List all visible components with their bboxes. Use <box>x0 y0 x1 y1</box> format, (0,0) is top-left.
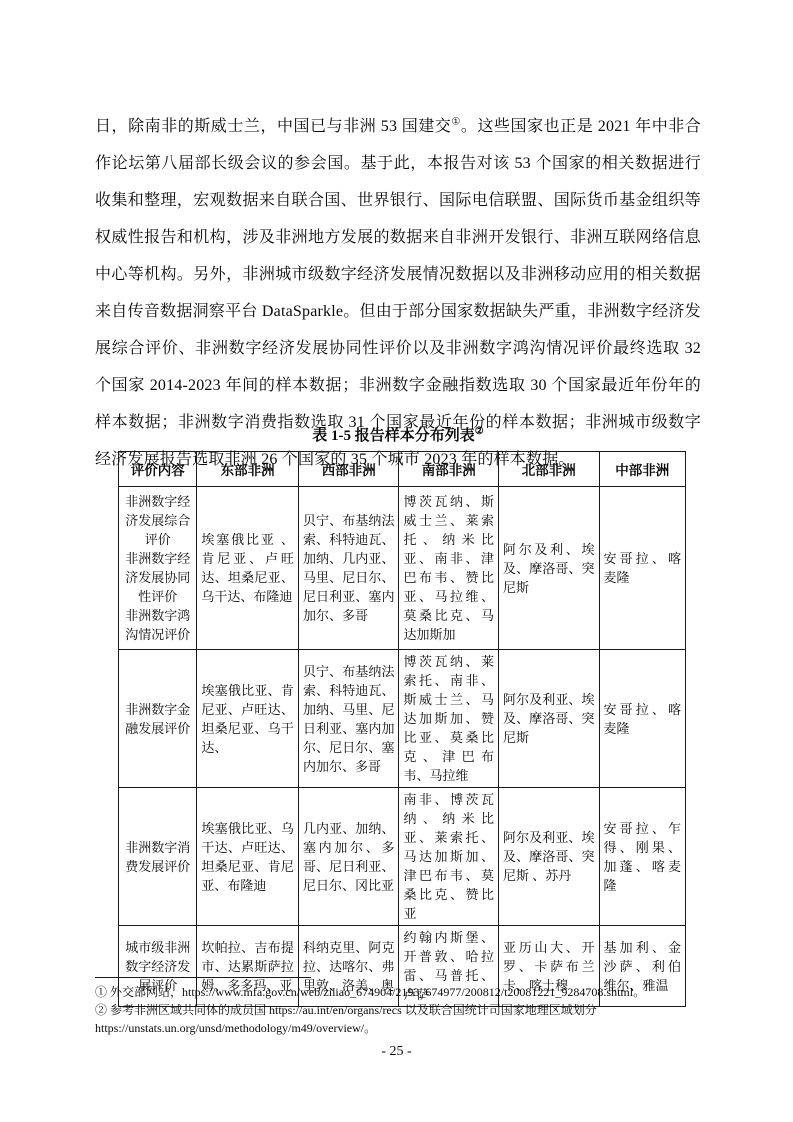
body-paragraph: 日，除南非的斯威士兰，中国已与非洲 53 国建交①。这些国家也正是 2021 年… <box>95 108 701 478</box>
col-header-content: 评价内容 <box>119 452 197 487</box>
table-row: 非洲数字消费发展评价 埃塞俄比亚、乌干达、卢旺达、坦桑尼亚、肯尼亚、布隆迪 几内… <box>119 788 686 926</box>
table-cell: 埃塞俄比亚 、肯尼亚、卢旺达、坦桑尼亚、乌干达、布隆迪 <box>197 487 299 650</box>
paragraph-text-1: 日，除南非的斯威士兰，中国已与非洲 53 国建交 <box>95 118 451 135</box>
footnote-item-2: ② 参考非洲区域共同体的成员国 https://au.int/en/organs… <box>95 1001 701 1019</box>
table-header-row: 评价内容 东部非洲 西部非洲 南部非洲 北部非洲 中部非洲 <box>119 452 686 487</box>
table-cell: 贝宁、布基纳法索、科特迪瓦、加纳、马里、尼日利亚、塞内加尔、尼日尔、塞内加尔、多… <box>298 650 399 788</box>
footnote-item-1: ① 外交部网站，https://www.mfa.gov.cn/web/zilia… <box>95 983 701 1001</box>
footnote-item-2-continued: https://unstats.un.org/unsd/methodology/… <box>95 1019 701 1037</box>
table-cell: 贝宁、布基纳法索、科特迪瓦、加纳、几内亚、马里、尼日尔、尼日利亚、塞内加尔、多哥 <box>298 487 399 650</box>
paragraph-text-2: 。这些国家也正是 2021 年中非合作论坛第八届部长级会议的参会国。基于此，本报… <box>95 118 701 468</box>
table-cell: 几内亚、加纳、塞内加尔、多哥、尼日利亚、尼日尔、冈比亚 <box>298 788 399 926</box>
footnotes-block: ① 外交部网站，https://www.mfa.gov.cn/web/zilia… <box>95 983 701 1037</box>
table-cell: 南非、博茨瓦纳、纳米比亚、莱索托、马达加斯加、津巴布韦、莫桑比克、赞比亚 <box>399 788 499 926</box>
table-row: 非洲数字经济发展综合评价 非洲数字经济发展协同性评价 非洲数字鸿沟情况评价 埃塞… <box>119 487 686 650</box>
col-header-central-africa: 中部非洲 <box>599 452 685 487</box>
table-cell-label: 非洲数字金融发展评价 <box>119 650 197 788</box>
table-cell: 安哥拉、乍得、刚果、加蓬、喀麦隆 <box>599 788 685 926</box>
col-header-east-africa: 东部非洲 <box>197 452 299 487</box>
table-cell: 埃塞俄比亚、乌干达、卢旺达、坦桑尼亚、肯尼亚、布隆迪 <box>197 788 299 926</box>
table-cell: 安哥拉、喀麦隆 <box>599 487 685 650</box>
footnote-separator <box>95 977 311 978</box>
table-cell: 博茨瓦纳、莱索托、南非、斯威士兰、马达加斯加、赞比亚、莫桑比克、津巴布韦、马拉维 <box>399 650 499 788</box>
table-cell: 博茨瓦纳、斯威士兰、莱索托、纳米比亚、南非、津巴布韦、赞比亚、马拉维、莫桑比克、… <box>399 487 499 650</box>
col-header-west-africa: 西部非洲 <box>298 452 399 487</box>
table-cell: 阿尔及利、埃及、摩洛哥、突尼斯 <box>498 487 599 650</box>
table-title-text: 表 1-5 报告样本分布列表 <box>312 428 475 444</box>
footnote-ref-1: ① <box>451 117 461 128</box>
col-header-north-africa: 北部非洲 <box>498 452 599 487</box>
table-cell: 埃塞俄比亚、肯尼亚、卢旺达、坦桑尼亚、乌干达、 <box>197 650 299 788</box>
table-cell-label: 非洲数字经济发展综合评价 非洲数字经济发展协同性评价 非洲数字鸿沟情况评价 <box>119 487 197 650</box>
sample-distribution-table: 评价内容 东部非洲 西部非洲 南部非洲 北部非洲 中部非洲 非洲数字经济发展综合… <box>118 451 686 1007</box>
table-cell: 阿尔及利亚、埃及、摩洛哥、突尼斯 <box>498 650 599 788</box>
table-title: 表 1-5 报告样本分布列表② <box>95 424 701 445</box>
document-page: 日，除南非的斯威士兰，中国已与非洲 53 国建交①。这些国家也正是 2021 年… <box>0 0 793 1122</box>
footnote-ref-2: ② <box>475 426 484 437</box>
page-number: - 25 - <box>0 1044 793 1060</box>
table-cell-label: 非洲数字消费发展评价 <box>119 788 197 926</box>
table-cell: 阿尔及利亚、埃及、摩洛哥、突尼斯 、苏丹 <box>498 788 599 926</box>
table-row: 非洲数字金融发展评价 埃塞俄比亚、肯尼亚、卢旺达、坦桑尼亚、乌干达、 贝宁、布基… <box>119 650 686 788</box>
table-cell: 安哥拉、喀麦隆 <box>599 650 685 788</box>
col-header-south-africa: 南部非洲 <box>399 452 499 487</box>
